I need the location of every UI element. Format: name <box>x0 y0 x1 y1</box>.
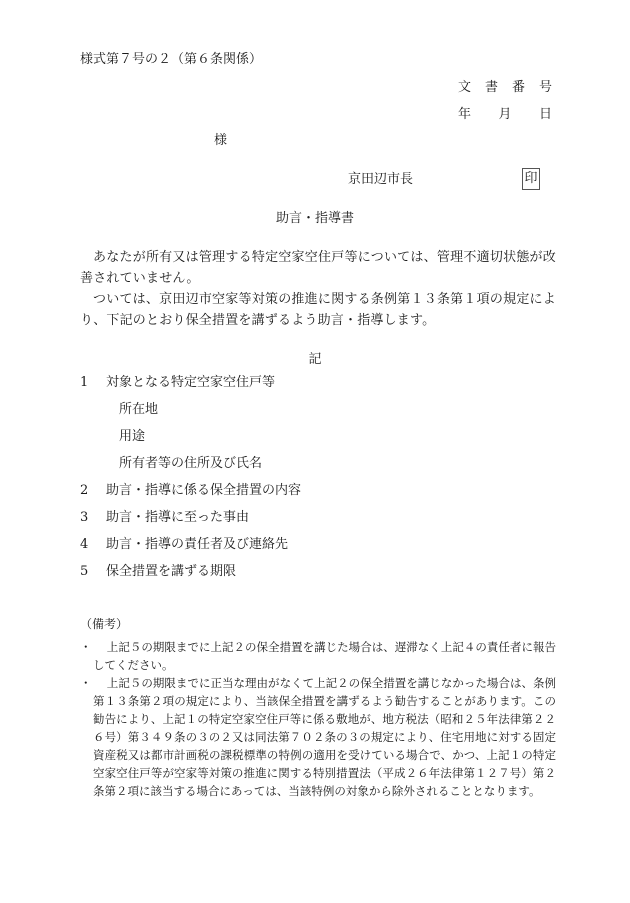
sub-item-usage: 用途 <box>119 429 145 445</box>
list-item: 4助言・指導の責任者及び連絡先 <box>80 537 288 553</box>
remark-note: ・ 上記５の期限までに上記２の保全措置を講じた場合は、遅滞なく上記４の責任者に報… <box>80 638 556 674</box>
form-id: 様式第７号の２（第６条関係） <box>80 52 262 68</box>
item-label: 対象となる特定空家空住戸等 <box>106 375 275 390</box>
document-page: 様式第７号の２（第６条関係） 文 書 番 号 年 月 日 様 京田辺市長 印 助… <box>0 0 630 903</box>
remarks-heading: （備考） <box>80 617 128 632</box>
document-date: 年 月 日 <box>458 107 552 123</box>
remark-text: 上記５の期限までに正当な理由がなくて上記２の保全措置を講じなかった場合は、条例第… <box>93 674 556 800</box>
seal-stamp-box: 印 <box>522 168 540 190</box>
document-number-char: 番 <box>512 80 525 96</box>
list-item: 1対象となる特定空家空住戸等 <box>80 375 275 391</box>
list-item: 2助言・指導に係る保全措置の内容 <box>80 483 301 499</box>
list-item: 3助言・指導に至った事由 <box>80 510 249 526</box>
item-label: 助言・指導に係る保全措置の内容 <box>106 483 301 498</box>
body-paragraph: あなたが所有又は管理する特定空家空住戸等については、管理不適切状態が改善されてい… <box>80 247 556 289</box>
date-year: 年 <box>458 107 471 123</box>
item-number: 4 <box>80 537 106 553</box>
list-item: 5保全措置を講ずる期限 <box>80 564 236 580</box>
record-label: 記 <box>0 352 630 368</box>
document-number-char: 文 <box>458 80 471 96</box>
item-label: 助言・指導に至った事由 <box>106 510 249 525</box>
document-number-char: 書 <box>485 80 498 96</box>
date-day: 日 <box>539 107 552 123</box>
item-number: 3 <box>80 510 106 526</box>
item-number: 2 <box>80 483 106 499</box>
item-label: 助言・指導の責任者及び連絡先 <box>106 537 288 552</box>
document-title: 助言・指導書 <box>0 211 630 227</box>
addressee-honorific: 様 <box>214 133 227 149</box>
remark-text: 上記５の期限までに上記２の保全措置を講じた場合は、遅滞なく上記４の責任者に報告し… <box>93 638 556 674</box>
document-number: 文 書 番 号 <box>458 80 552 96</box>
date-month: 月 <box>498 107 511 123</box>
remark-note: ・ 上記５の期限までに正当な理由がなくて上記２の保全措置を講じなかった場合は、条… <box>80 674 556 800</box>
sender-name: 京田辺市長 <box>348 172 413 188</box>
item-number: 5 <box>80 564 106 580</box>
sub-item-location: 所在地 <box>119 402 158 418</box>
item-number: 1 <box>80 375 106 391</box>
document-number-char: 号 <box>539 80 552 96</box>
bullet-icon: ・ <box>80 674 92 692</box>
item-label: 保全措置を講ずる期限 <box>106 564 236 579</box>
body-paragraph: ついては、京田辺市空家等対策の推進に関する条例第１３条第１項の規定により、下記の… <box>80 289 556 331</box>
bullet-icon: ・ <box>80 638 92 656</box>
sub-item-owner: 所有者等の住所及び氏名 <box>119 456 262 472</box>
